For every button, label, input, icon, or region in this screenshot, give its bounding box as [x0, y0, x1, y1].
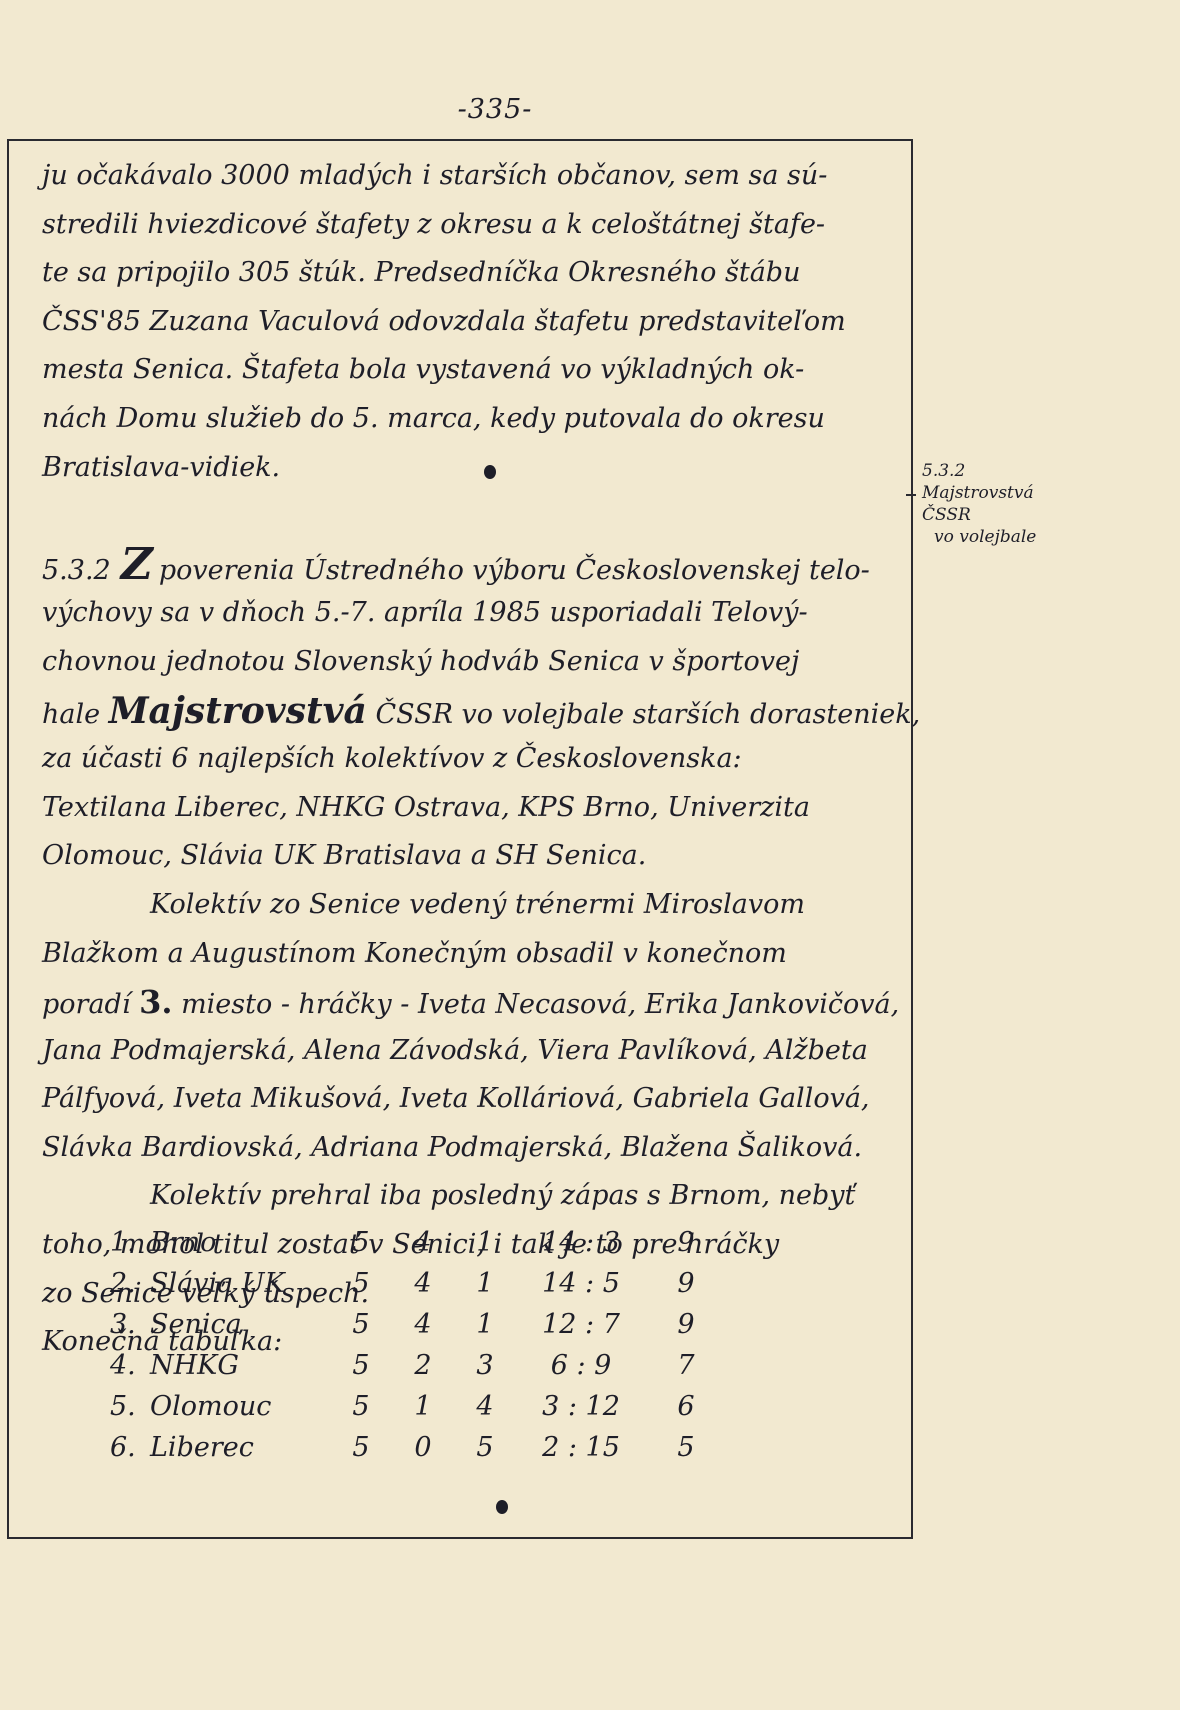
text-line: za účasti 6 najlepších kolektívov z Česk…	[42, 735, 910, 784]
margin-note-line: Majstrovstvá	[922, 482, 1082, 504]
played: 5	[330, 1386, 392, 1427]
won: 0	[392, 1427, 454, 1468]
text-line: chovnou jednotou Slovenský hodváb Senica…	[42, 638, 910, 687]
text-line: hale Majstrovstvá ČSSR vo volejbale star…	[42, 687, 910, 736]
text-line: Textilana Liberec, NHKG Ostrava, KPS Brn…	[42, 784, 910, 833]
text-line: Olomouc, Slávia UK Bratislava a SH Senic…	[42, 832, 910, 881]
event-name-emphasis: Majstrovstvá	[109, 690, 367, 732]
text-line: Slávka Bardiovská, Adriana Podmajerská, …	[42, 1124, 910, 1173]
text-line: poradí 3. miesto - hráčky - Iveta Necaso…	[42, 978, 910, 1027]
text-line: poverenia Ústredného výboru Českoslovens…	[159, 555, 870, 586]
points: 5	[646, 1427, 726, 1468]
sets: 6 : 9	[516, 1345, 646, 1386]
team: Brno	[150, 1222, 330, 1263]
spacer	[42, 492, 910, 541]
lost: 1	[454, 1304, 516, 1345]
text-line: Pálfyová, Iveta Mikušová, Iveta Kollário…	[42, 1075, 910, 1124]
won: 4	[392, 1263, 454, 1304]
text-line: mesta Senica. Štafeta bola vystavená vo …	[42, 346, 910, 395]
lost: 4	[454, 1386, 516, 1427]
played: 5	[330, 1222, 392, 1263]
paragraph-intro: ju očakávalo 3000 mladých i starších obč…	[42, 152, 910, 492]
placement-emphasis: 3.	[139, 983, 172, 1021]
section-separator-dot-top	[484, 465, 496, 479]
table-row: 5. Olomouc 5 1 4 3 : 12 6	[110, 1386, 726, 1427]
played: 5	[330, 1304, 392, 1345]
sets: 14 : 3	[516, 1222, 646, 1263]
points: 6	[646, 1386, 726, 1427]
rank: 4.	[110, 1345, 150, 1386]
chronicle-text: ju očakávalo 3000 mladých i starších obč…	[42, 152, 910, 1367]
won: 4	[392, 1222, 454, 1263]
text-line: Kolektív prehral iba posledný zápas s Br…	[42, 1172, 910, 1221]
section-separator-dot-bottom	[496, 1500, 508, 1514]
text-line: Kolektív zo Senice vedený trénermi Miros…	[42, 881, 910, 930]
margin-note: 5.3.2 Majstrovstvá ČSSR vo volejbale	[922, 460, 1082, 548]
text-line: výchovy sa v dňoch 5.-7. apríla 1985 usp…	[42, 589, 910, 638]
table-row: 4. NHKG 5 2 3 6 : 9 7	[110, 1345, 726, 1386]
points: 9	[646, 1263, 726, 1304]
won: 2	[392, 1345, 454, 1386]
lost: 1	[454, 1222, 516, 1263]
drop-cap: Z	[121, 539, 153, 590]
text-line: ČSS'85 Zuzana Vaculová odovzdala štafetu…	[42, 298, 910, 347]
points: 9	[646, 1222, 726, 1263]
lost: 3	[454, 1345, 516, 1386]
won: 1	[392, 1386, 454, 1427]
won: 4	[392, 1304, 454, 1345]
table-row: 6. Liberec 5 0 5 2 : 15 5	[110, 1427, 726, 1468]
section-heading-line: 5.3.2Zpoverenia Ústredného výboru Českos…	[42, 541, 910, 590]
section-number: 5.3.2	[42, 555, 111, 586]
lost: 1	[454, 1263, 516, 1304]
margin-note-line: ČSSR	[922, 504, 1082, 526]
text-line: Bratislava-vidiek.	[42, 444, 910, 493]
text-line: Jana Podmajerská, Alena Závodská, Viera …	[42, 1027, 910, 1076]
text-line: stredili hviezdicové štafety z okresu a …	[42, 201, 910, 250]
rank: 3.	[110, 1304, 150, 1345]
rank: 5.	[110, 1386, 150, 1427]
lost: 5	[454, 1427, 516, 1468]
team: Slávia UK	[150, 1263, 330, 1304]
played: 5	[330, 1263, 392, 1304]
team: Senica	[150, 1304, 330, 1345]
text-fragment: ČSSR vo volejbale starších dorasteniek,	[375, 699, 920, 730]
sets: 2 : 15	[516, 1427, 646, 1468]
text-fragment: poradí	[42, 989, 130, 1020]
played: 5	[330, 1427, 392, 1468]
played: 5	[330, 1345, 392, 1386]
margin-note-line: vo volejbale	[922, 526, 1082, 548]
text-line: nách Domu služieb do 5. marca, kedy puto…	[42, 395, 910, 444]
points: 9	[646, 1304, 726, 1345]
team: NHKG	[150, 1345, 330, 1386]
section-5-3-2: 5.3.2Zpoverenia Ústredného výboru Českos…	[42, 541, 910, 881]
rank: 1.	[110, 1222, 150, 1263]
sets: 12 : 7	[516, 1304, 646, 1345]
paragraph-team: Kolektív zo Senice vedený trénermi Miros…	[42, 881, 910, 1173]
team: Liberec	[150, 1427, 330, 1468]
sets: 3 : 12	[516, 1386, 646, 1427]
margin-note-line: 5.3.2	[922, 460, 1082, 482]
standings-table: 1. Brno 5 4 1 14 : 3 9 2. Slávia UK 5 4 …	[110, 1222, 726, 1468]
page-number: -335-	[440, 94, 550, 125]
rank: 6.	[110, 1427, 150, 1468]
text-fragment: hale	[42, 699, 100, 730]
text-line: te sa pripojilo 305 štúk. Predsedníčka O…	[42, 249, 910, 298]
points: 7	[646, 1345, 726, 1386]
text-line: Blažkom a Augustínom Konečným obsadil v …	[42, 930, 910, 979]
rank: 2.	[110, 1263, 150, 1304]
table-row: 3. Senica 5 4 1 12 : 7 9	[110, 1304, 726, 1345]
team: Olomouc	[150, 1386, 330, 1427]
table-row: 2. Slávia UK 5 4 1 14 : 5 9	[110, 1263, 726, 1304]
sets: 14 : 5	[516, 1263, 646, 1304]
text-fragment: miesto - hráčky - Iveta Necasová, Erika …	[181, 989, 899, 1020]
table-row: 1. Brno 5 4 1 14 : 3 9	[110, 1222, 726, 1263]
text-line: ju očakávalo 3000 mladých i starších obč…	[42, 152, 910, 201]
